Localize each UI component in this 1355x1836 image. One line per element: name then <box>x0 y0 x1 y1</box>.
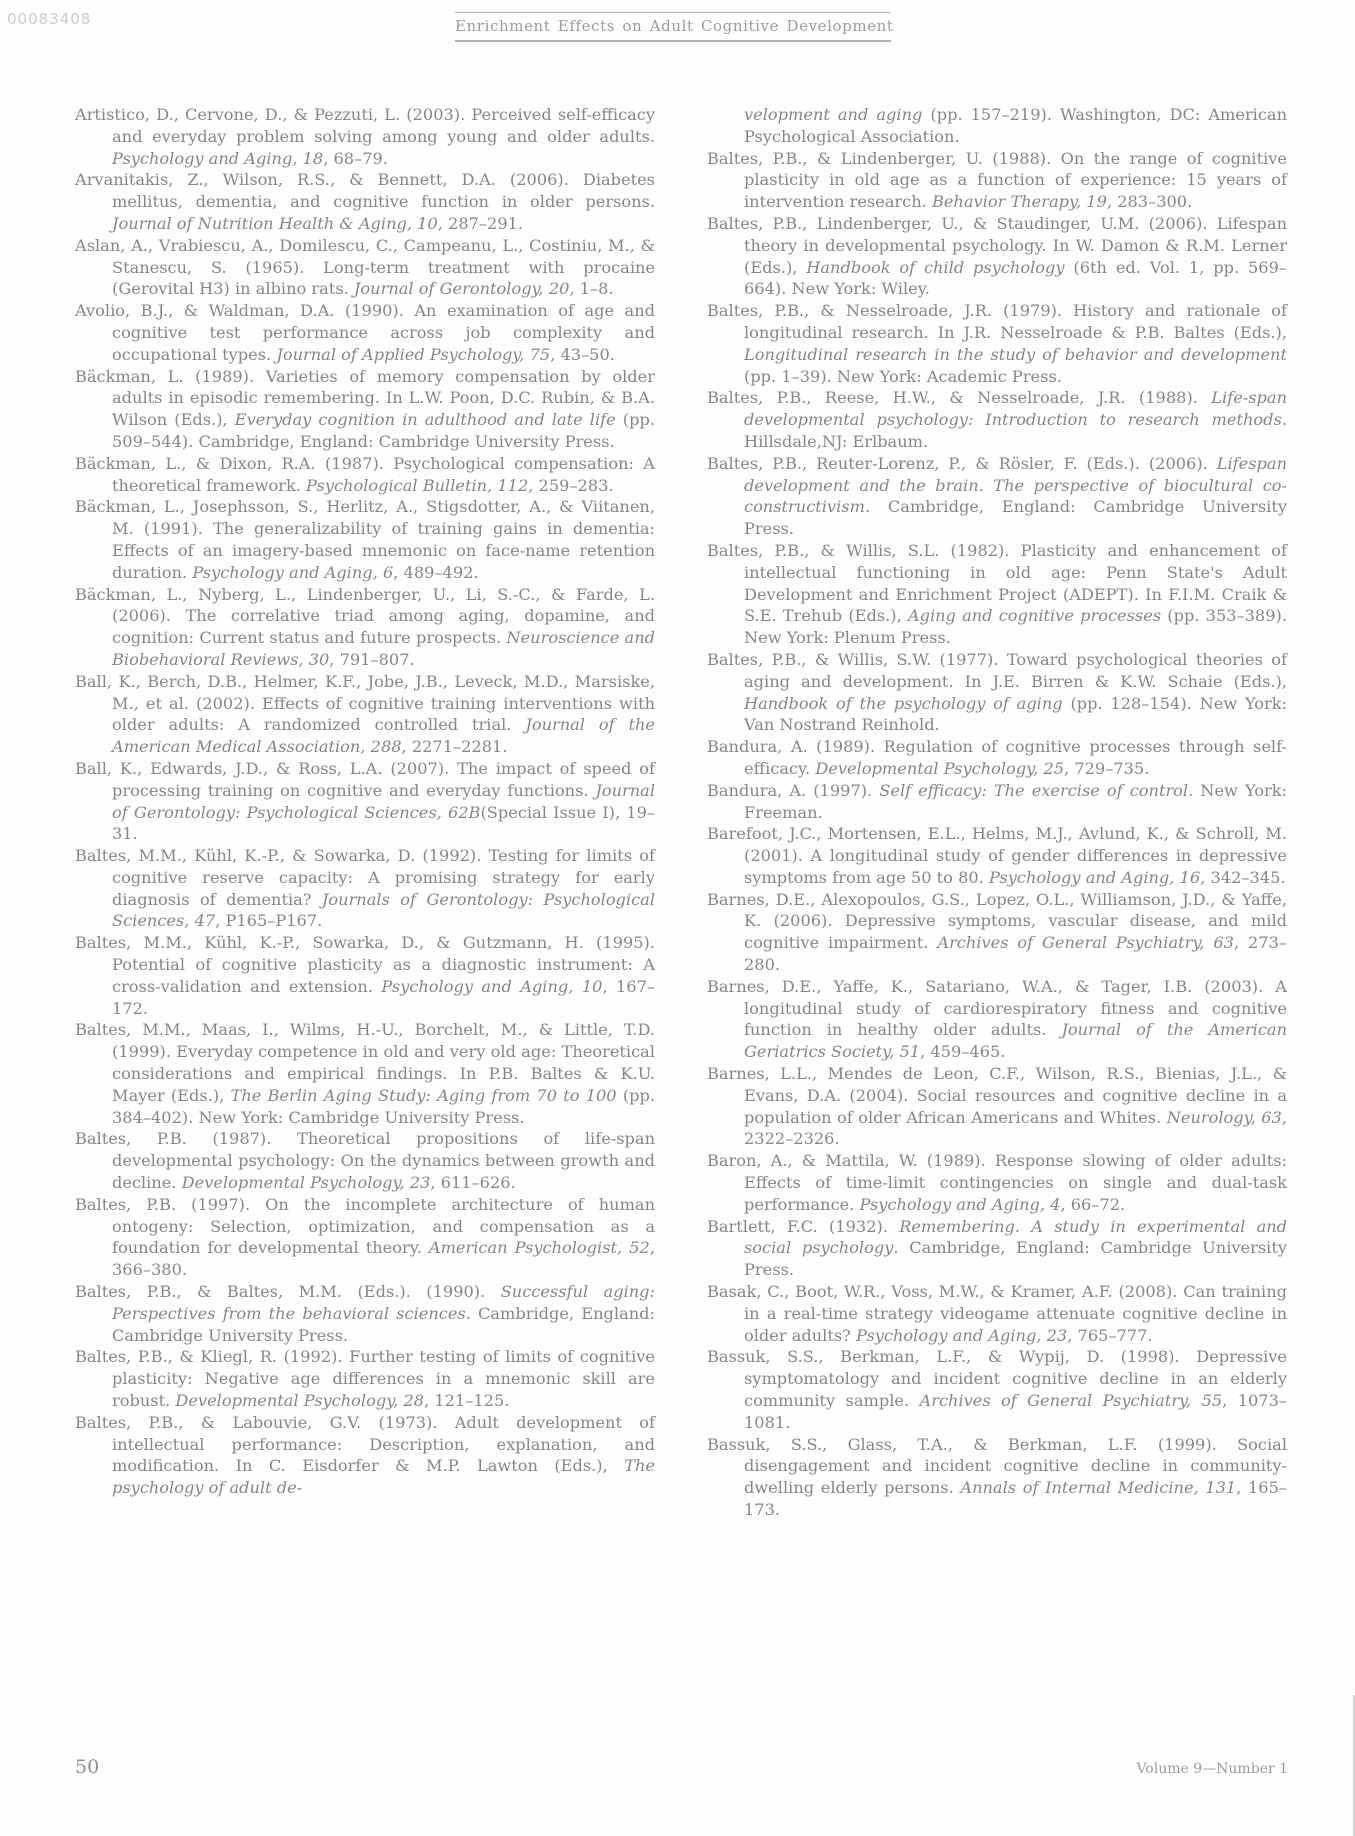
reference-entry: Baltes, P.B. (1997). On the incomplete a… <box>75 1194 655 1281</box>
reference-entry: Baltes, M.M., Kühl, K.-P., Sowarka, D., … <box>75 932 655 1019</box>
page-number: 50 <box>75 1756 99 1778</box>
reference-entry: Bäckman, L., Josephsson, S., Herlitz, A.… <box>75 496 655 583</box>
reference-entry: Arvanitakis, Z., Wilson, R.S., & Bennett… <box>75 169 655 234</box>
reference-entry: Baltes, P.B., & Nesselroade, J.R. (1979)… <box>707 300 1287 387</box>
reference-entry: Barnes, D.E., Alexopoulos, G.S., Lopez, … <box>707 889 1287 976</box>
reference-entry: Baltes, P.B., & Baltes, M.M. (Eds.). (19… <box>75 1281 655 1346</box>
scan-watermark-number: 00083408 <box>7 10 91 28</box>
reference-entry: Baltes, P.B., & Willis, S.W. (1977). Tow… <box>707 649 1287 736</box>
reference-entry: Bandura, A. (1997). Self efficacy: The e… <box>707 780 1287 824</box>
reference-entry: Bäckman, L. (1989). Varieties of memory … <box>75 366 655 453</box>
reference-entry: Bassuk, S.S., Glass, T.A., & Berkman, L.… <box>707 1434 1287 1521</box>
references-left-column: Artistico, D., Cervone, D., & Pezzuti, L… <box>75 104 655 1521</box>
reference-entry: Bandura, A. (1989). Regulation of cognit… <box>707 736 1287 780</box>
reference-entry: Baltes, P.B. (1987). Theoretical proposi… <box>75 1128 655 1193</box>
reference-entry: Baltes, P.B., & Lindenberger, U. (1988).… <box>707 148 1287 213</box>
reference-entry: Baron, A., & Mattila, W. (1989). Respons… <box>707 1150 1287 1215</box>
reference-entry: Aslan, A., Vrabiescu, A., Domilescu, C.,… <box>75 235 655 300</box>
reference-entry: Bäckman, L., & Dixon, R.A. (1987). Psych… <box>75 453 655 497</box>
reference-entry: Baltes, P.B., & Kliegl, R. (1992). Furth… <box>75 1346 655 1411</box>
journal-page: 00083408 Enrichment Effects on Adult Cog… <box>0 0 1355 1836</box>
reference-entry: Barnes, D.E., Yaffe, K., Satariano, W.A.… <box>707 976 1287 1063</box>
reference-entry: Baltes, M.M., Maas, I., Wilms, H.-U., Bo… <box>75 1019 655 1128</box>
reference-entry: Barnes, L.L., Mendes de Leon, C.F., Wils… <box>707 1063 1287 1150</box>
volume-issue-label: Volume 9—Number 1 <box>1136 1761 1288 1777</box>
reference-entry: Baltes, P.B., Reuter-Lorenz, P., & Rösle… <box>707 453 1287 540</box>
reference-entry: Baltes, M.M., Kühl, K.-P., & Sowarka, D.… <box>75 845 655 932</box>
reference-columns: Artistico, D., Cervone, D., & Pezzuti, L… <box>75 104 1287 1521</box>
reference-entry: Bartlett, F.C. (1932). Remembering. A st… <box>707 1216 1287 1281</box>
reference-entry: Baltes, P.B., Reese, H.W., & Nesselroade… <box>707 387 1287 452</box>
reference-entry: Basak, C., Boot, W.R., Voss, M.W., & Kra… <box>707 1281 1287 1346</box>
reference-entry: Avolio, B.J., & Waldman, D.A. (1990). An… <box>75 300 655 365</box>
reference-entry: Barefoot, J.C., Mortensen, E.L., Helms, … <box>707 823 1287 888</box>
reference-entry: Bäckman, L., Nyberg, L., Lindenberger, U… <box>75 584 655 671</box>
reference-entry: velopment and aging (pp. 157–219). Washi… <box>707 104 1287 148</box>
reference-entry: Ball, K., Edwards, J.D., & Ross, L.A. (2… <box>75 758 655 845</box>
running-head: Enrichment Effects on Adult Cognitive De… <box>455 12 891 42</box>
running-head-title: Enrichment Effects on Adult Cognitive De… <box>455 17 891 35</box>
references-right-column: velopment and aging (pp. 157–219). Washi… <box>707 104 1287 1521</box>
reference-entry: Baltes, P.B., Lindenberger, U., & Staudi… <box>707 213 1287 300</box>
reference-entry: Artistico, D., Cervone, D., & Pezzuti, L… <box>75 104 655 169</box>
reference-entry: Baltes, P.B., & Labouvie, G.V. (1973). A… <box>75 1412 655 1499</box>
reference-entry: Ball, K., Berch, D.B., Helmer, K.F., Job… <box>75 671 655 758</box>
reference-entry: Bassuk, S.S., Berkman, L.F., & Wypij, D.… <box>707 1346 1287 1433</box>
reference-entry: Baltes, P.B., & Willis, S.L. (1982). Pla… <box>707 540 1287 649</box>
page-footer: 50 Volume 9—Number 1 <box>75 1756 1288 1778</box>
